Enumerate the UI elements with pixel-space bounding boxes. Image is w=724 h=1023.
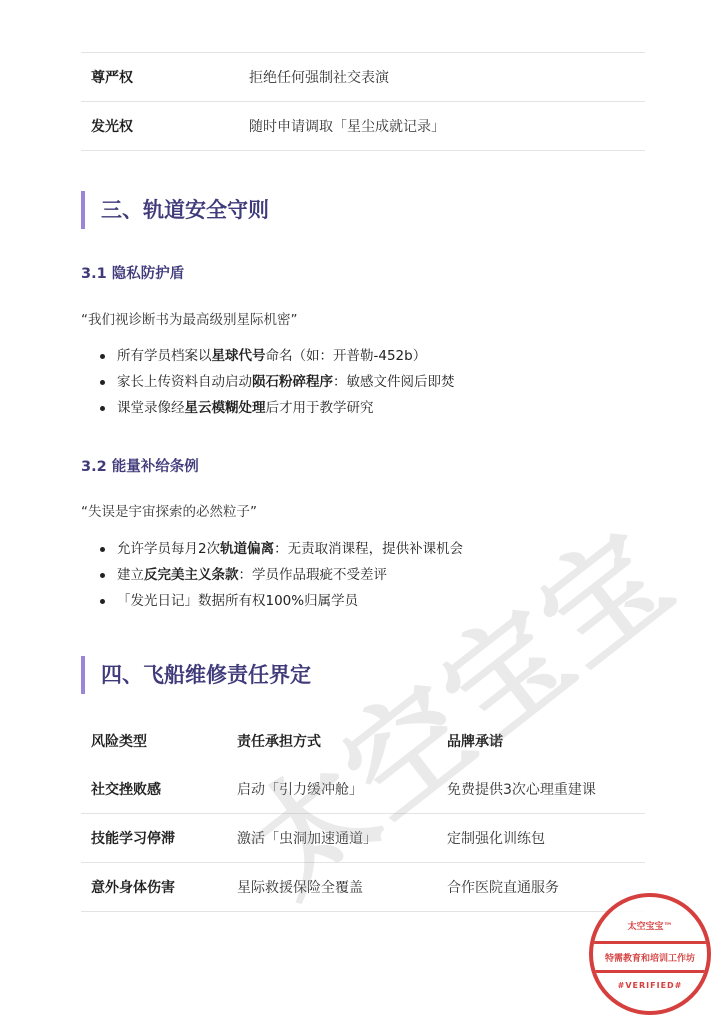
table-row: 社交挫败感 启动「引力缓冲舱」 免费提供3次心理重建课 <box>81 765 645 814</box>
text: 建立 <box>117 562 144 588</box>
responsibility: 启动「引力缓冲舱」 <box>237 779 447 799</box>
section-heading: 三、轨道安全守则 <box>81 191 269 229</box>
right-description: 拒绝任何强制社交表演 <box>249 67 389 87</box>
subsection-heading: 3.2 能量补给条例 <box>81 455 199 476</box>
bold-text: 轨道偏离 <box>220 536 274 562</box>
table-header-row: 风险类型 责任承担方式 品牌承诺 <box>81 717 645 765</box>
text: 家长上传资料自动启动 <box>117 369 252 395</box>
text: 允许学员每月2次 <box>117 536 220 562</box>
column-header: 责任承担方式 <box>237 731 447 751</box>
bullet-list: 所有学员档案以星球代号命名（如：开普勒-452b） 家长上传资料自动启动陨石粉碎… <box>100 343 455 421</box>
list-item: 建立反完美主义条款：学员作品瑕疵不受差评 <box>100 562 463 588</box>
bullet-icon <box>100 354 105 359</box>
bullet-icon <box>100 573 105 578</box>
brand-promise: 免费提供3次心理重建课 <box>447 779 596 799</box>
responsibility: 星际救援保险全覆盖 <box>237 877 447 897</box>
responsibility: 激活「虫洞加速通道」 <box>237 828 447 848</box>
list-item: 所有学员档案以星球代号命名（如：开普勒-452b） <box>100 343 455 369</box>
subsection-heading: 3.1 隐私防护盾 <box>81 262 184 283</box>
risk-type: 社交挫败感 <box>81 779 237 799</box>
text: 所有学员档案以 <box>117 343 212 369</box>
text: 后才用于教学研究 <box>266 395 374 421</box>
bullet-icon <box>100 380 105 385</box>
bullet-icon <box>100 547 105 552</box>
table-row: 技能学习停滞 激活「虫洞加速通道」 定制强化训练包 <box>81 814 645 863</box>
quote: “失误是宇宙探索的必然粒子” <box>81 500 257 520</box>
text: ：无责取消课程，提供补课机会 <box>274 536 463 562</box>
risk-table: 风险类型 责任承担方式 品牌承诺 社交挫败感 启动「引力缓冲舱」 免费提供3次心… <box>81 717 645 912</box>
right-name: 发光权 <box>81 116 249 136</box>
table-row: 发光权 随时申请调取「星尘成就记录」 <box>81 101 645 151</box>
text: 命名（如：开普勒-452b） <box>266 343 427 369</box>
risk-type: 意外身体伤害 <box>81 877 237 897</box>
text: 「发光日记」数据所有权100%归属学员 <box>117 588 358 614</box>
bold-text: 星云模糊处理 <box>185 395 266 421</box>
text: ：敏感文件阅后即焚 <box>333 369 455 395</box>
rights-table: 尊严权 拒绝任何强制社交表演 发光权 随时申请调取「星尘成就记录」 <box>81 52 645 151</box>
bold-text: 陨石粉碎程序 <box>252 369 333 395</box>
section-heading: 四、飞船维修责任界定 <box>81 656 311 694</box>
verified-seal-icon: 太空宝宝™ 特需教育和培训工作坊 #VERIFIED# <box>589 893 711 1015</box>
list-item: 家长上传资料自动启动陨石粉碎程序：敏感文件阅后即焚 <box>100 369 455 395</box>
bullet-icon <box>100 406 105 411</box>
bold-text: 星球代号 <box>212 343 266 369</box>
column-header: 品牌承诺 <box>447 731 503 751</box>
seal-verified: #VERIFIED# <box>593 981 707 990</box>
seal-brand: 太空宝宝™ <box>593 919 707 932</box>
brand-promise: 定制强化训练包 <box>447 828 545 848</box>
risk-type: 技能学习停滞 <box>81 828 237 848</box>
list-item: 课堂录像经星云模糊处理后才用于教学研究 <box>100 395 455 421</box>
table-row: 尊严权 拒绝任何强制社交表演 <box>81 52 645 101</box>
bullet-icon <box>100 599 105 604</box>
bullet-list: 允许学员每月2次轨道偏离：无责取消课程，提供补课机会 建立反完美主义条款：学员作… <box>100 536 463 614</box>
right-name: 尊严权 <box>81 67 249 87</box>
text: 课堂录像经 <box>117 395 185 421</box>
list-item: 允许学员每月2次轨道偏离：无责取消课程，提供补课机会 <box>100 536 463 562</box>
quote: “我们视诊断书为最高级别星际机密” <box>81 308 298 328</box>
text: ：学员作品瑕疵不受差评 <box>239 562 388 588</box>
seal-org: 特需教育和培训工作坊 <box>589 941 711 973</box>
right-description: 随时申请调取「星尘成就记录」 <box>249 116 445 136</box>
bold-text: 反完美主义条款 <box>144 562 239 588</box>
table-row: 意外身体伤害 星际救援保险全覆盖 合作医院直通服务 <box>81 863 645 912</box>
column-header: 风险类型 <box>81 731 237 751</box>
brand-promise: 合作医院直通服务 <box>447 877 559 897</box>
list-item: 「发光日记」数据所有权100%归属学员 <box>100 588 463 614</box>
